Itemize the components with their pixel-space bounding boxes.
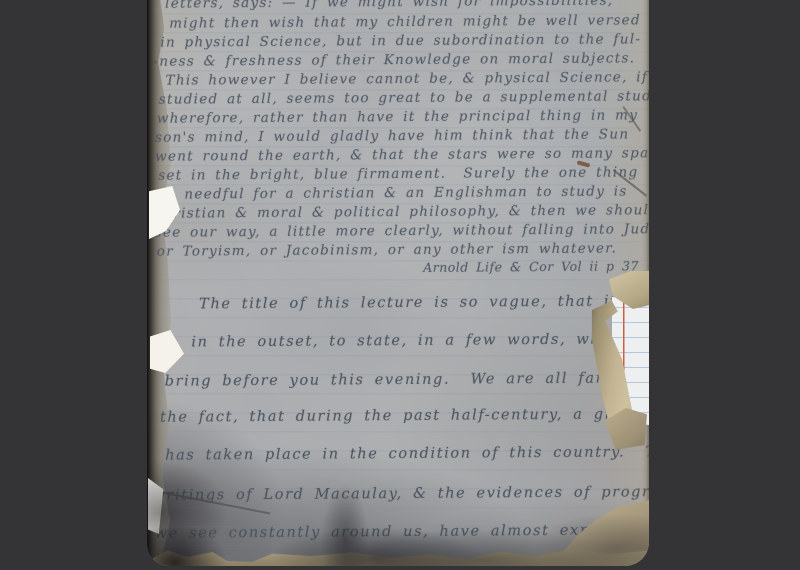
burn-smoke-shading bbox=[147, 0, 649, 566]
manuscript-photo: letters, says: — If we might wish for im… bbox=[147, 0, 649, 566]
image-viewer-background: letters, says: — If we might wish for im… bbox=[0, 0, 800, 570]
